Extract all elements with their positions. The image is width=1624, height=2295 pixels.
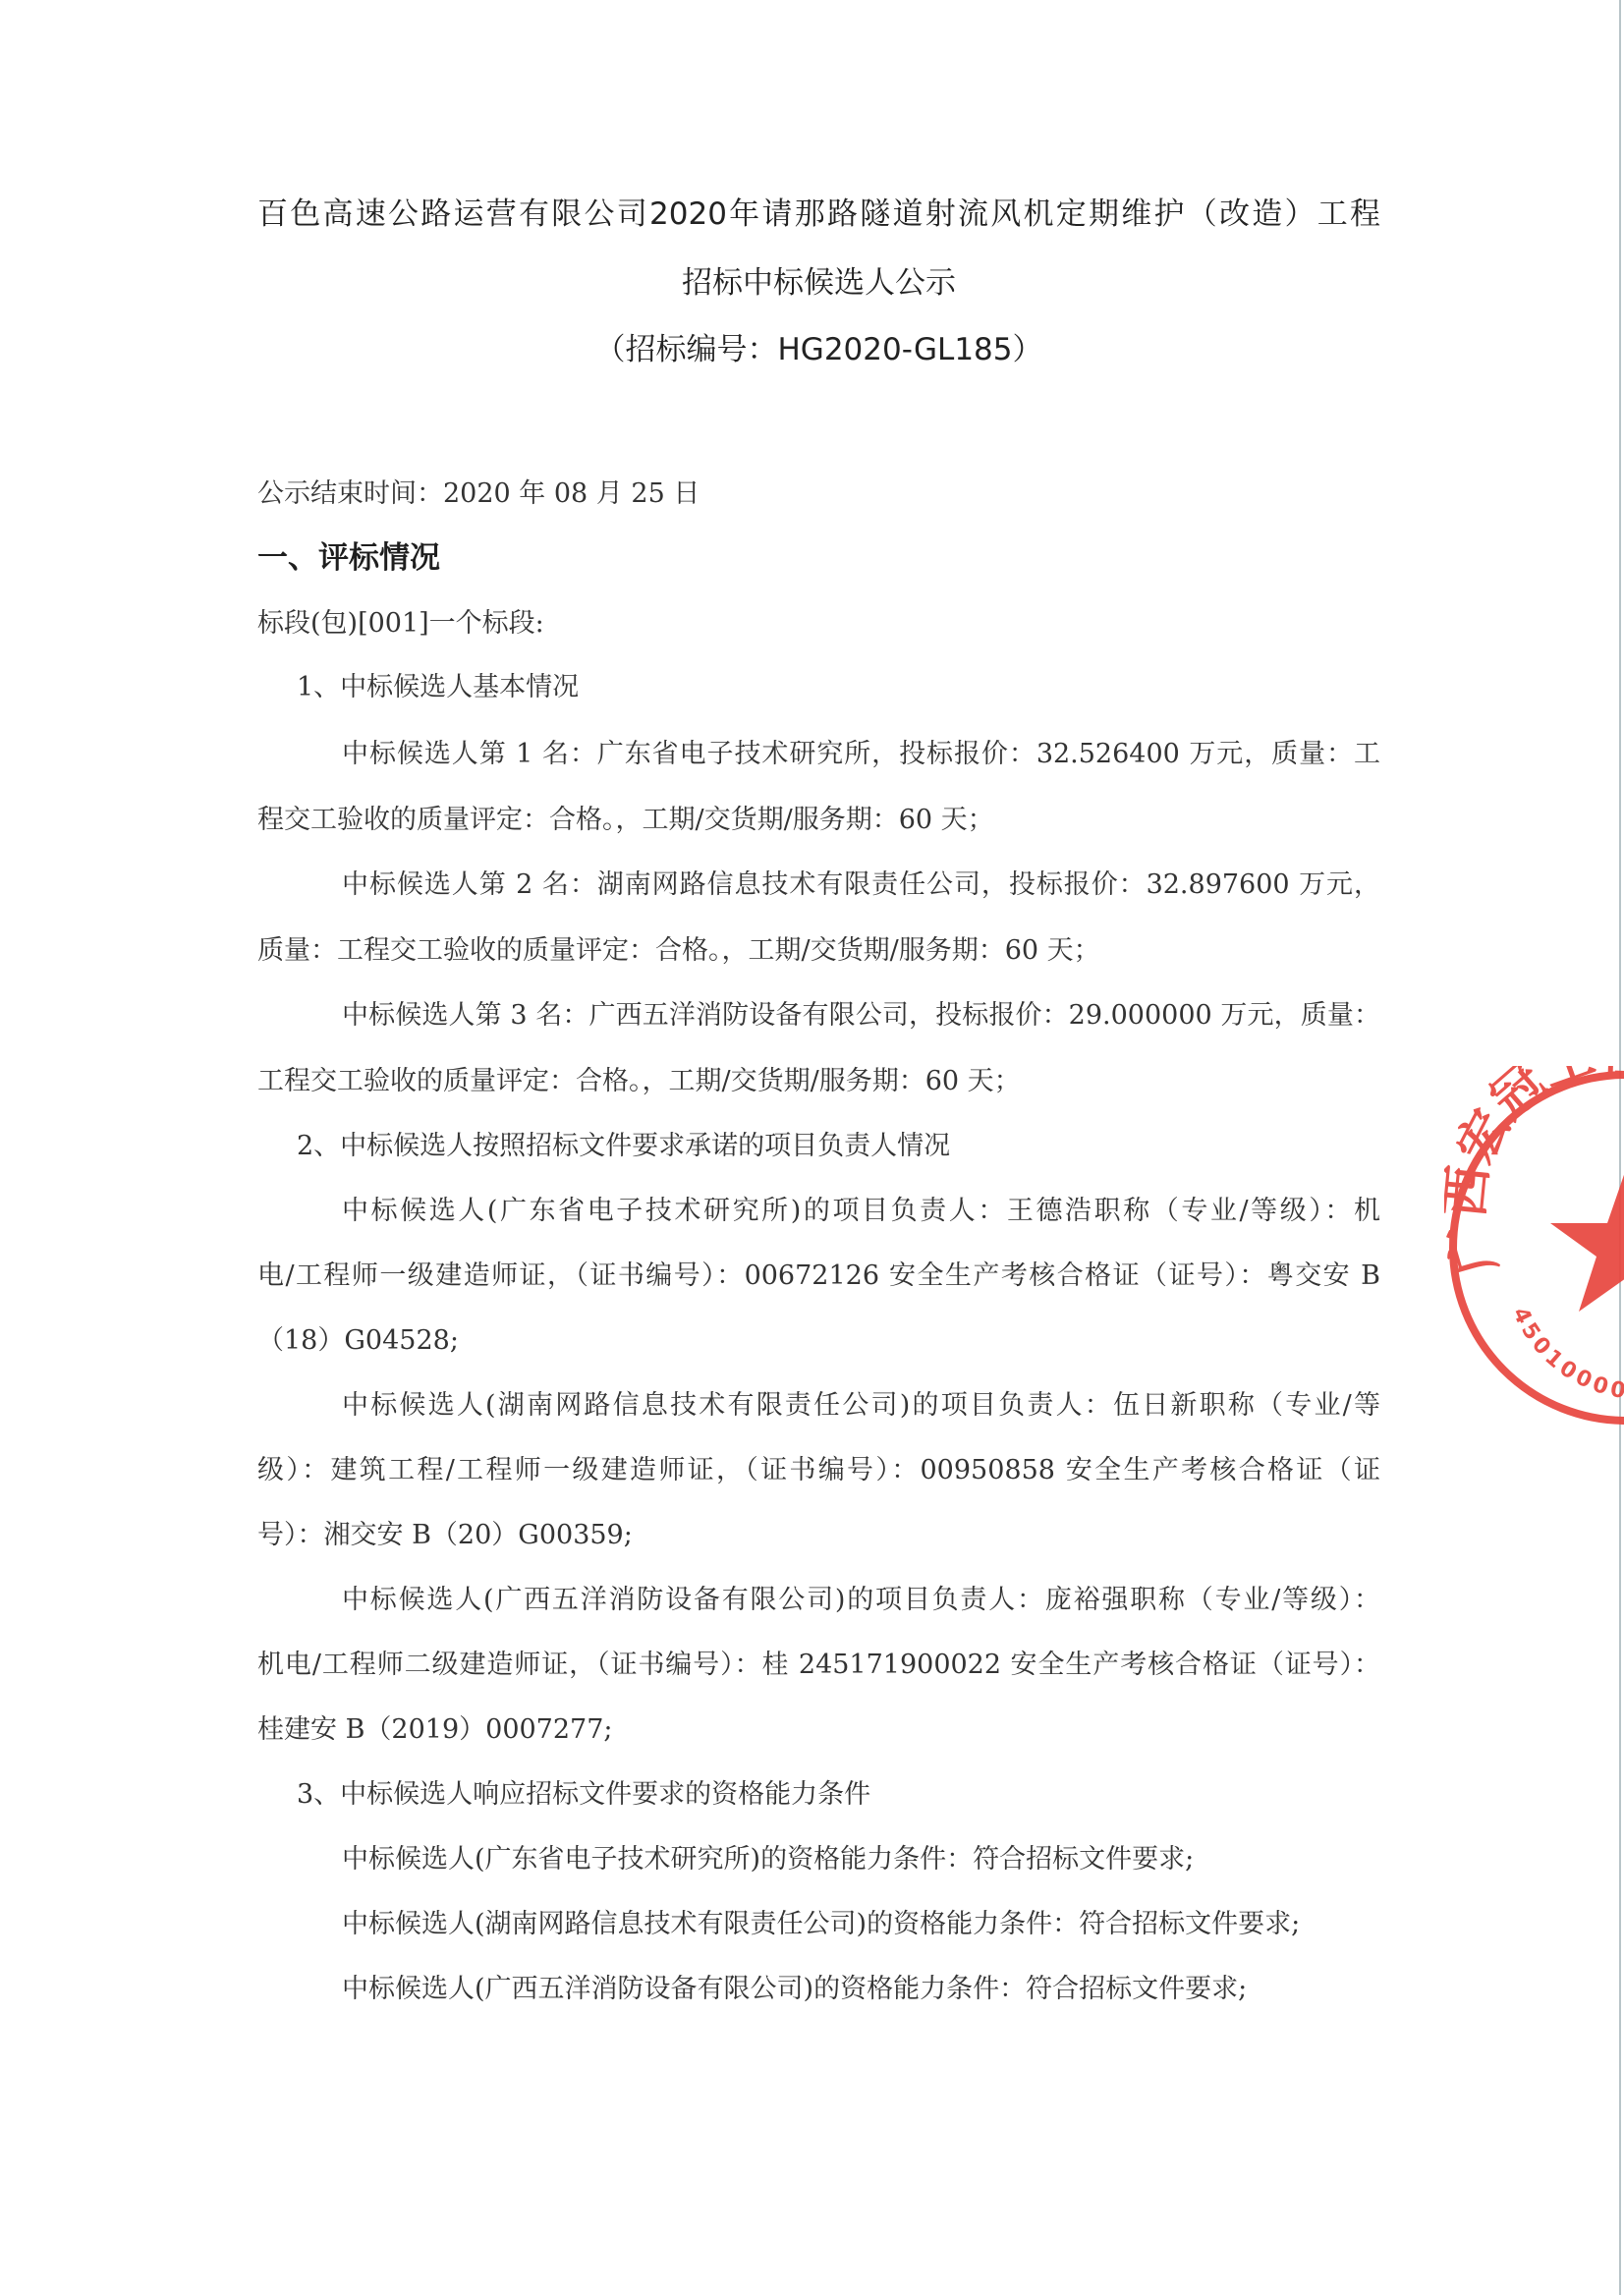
manager-2-line-3: 号）：湘交安 B（20）G00359; [257, 1519, 633, 1552]
seal-star-icon [1550, 1169, 1624, 1312]
candidate-2-line-1: 中标候选人第 2 名：湖南网路信息技术有限责任公司，投标报价：32.897600… [342, 868, 1380, 902]
qualification-2: 中标候选人(湖南网路信息技术有限责任公司)的资格能力条件：符合招标文件要求; [342, 1908, 1300, 1941]
candidate-1-line-2: 程交工验收的质量评定：合格。，工期/交货期/服务期：60 天； [257, 804, 994, 837]
manager-2-line-2: 级）：建筑工程/工程师一级建造师证，（证书编号）：00950858 安全生产考核… [257, 1454, 1380, 1487]
tender-number: （招标编号：HG2020-GL185） [257, 330, 1380, 369]
qualification-1: 中标候选人(广东省电子技术研究所)的资格能力条件：符合招标文件要求; [342, 1843, 1194, 1876]
title-line-1: 百色高速公路运营有限公司2020年请那路隧道射流风机定期维护（改造）工程 [257, 195, 1380, 234]
candidate-3-line-1: 中标候选人第 3 名：广西五洋消防设备有限公司，投标报价：29.000000 万… [342, 999, 1380, 1033]
manager-2-line-1: 中标候选人(湖南网路信息技术有限责任公司)的项目负责人：伍日新职称（专业/等 [342, 1389, 1380, 1423]
subsection-heading-2: 2、中标候选人按照招标文件要求承诺的项目负责人情况 [297, 1130, 950, 1163]
package-info: 标段(包)[001]一个标段: [257, 607, 544, 641]
company-seal: 广西宏冠工程 4501000035 [1444, 1066, 1624, 1429]
announcement-end-time: 公示结束时间：2020 年 08 月 25 日 [257, 477, 700, 511]
manager-1-line-2: 电/工程师一级建造师证，（证书编号）：00672126 安全生产考核合格证（证号… [257, 1259, 1380, 1293]
candidate-2-line-2: 质量：工程交工验收的质量评定：合格。，工期/交货期/服务期：60 天； [257, 934, 1100, 968]
manager-3-line-1: 中标候选人(广西五洋消防设备有限公司)的项目负责人：庞裕强职称（专业/等级）： [342, 1584, 1380, 1617]
manager-3-line-2: 机电/工程师二级建造师证，（证书编号）：桂 245171900022 安全生产考… [257, 1649, 1380, 1682]
qualification-3: 中标候选人(广西五洋消防设备有限公司)的资格能力条件：符合招标文件要求; [342, 1973, 1247, 2006]
manager-1-line-1: 中标候选人(广东省电子技术研究所)的项目负责人：王德浩职称（专业/等级）：机 [342, 1195, 1380, 1228]
subsection-heading-1: 1、中标候选人基本情况 [297, 671, 579, 704]
manager-3-line-3: 桂建安 B（2019）0007277; [257, 1713, 612, 1747]
candidate-1-line-1: 中标候选人第 1 名：广东省电子技术研究所，投标报价：32.526400 万元，… [342, 738, 1380, 771]
document-page: 百色高速公路运营有限公司2020年请那路隧道射流风机定期维护（改造）工程 招标中… [0, 0, 1624, 2295]
candidate-3-line-2: 工程交工验收的质量评定：合格。，工期/交货期/服务期：60 天； [257, 1065, 1021, 1098]
subsection-heading-3: 3、中标候选人响应招标文件要求的资格能力条件 [297, 1778, 870, 1812]
manager-1-line-3: （18）G04528; [257, 1324, 459, 1358]
title-line-2: 招标中标候选人公示 [257, 263, 1380, 303]
section-heading-evaluation: 一、评标情况 [257, 538, 440, 578]
